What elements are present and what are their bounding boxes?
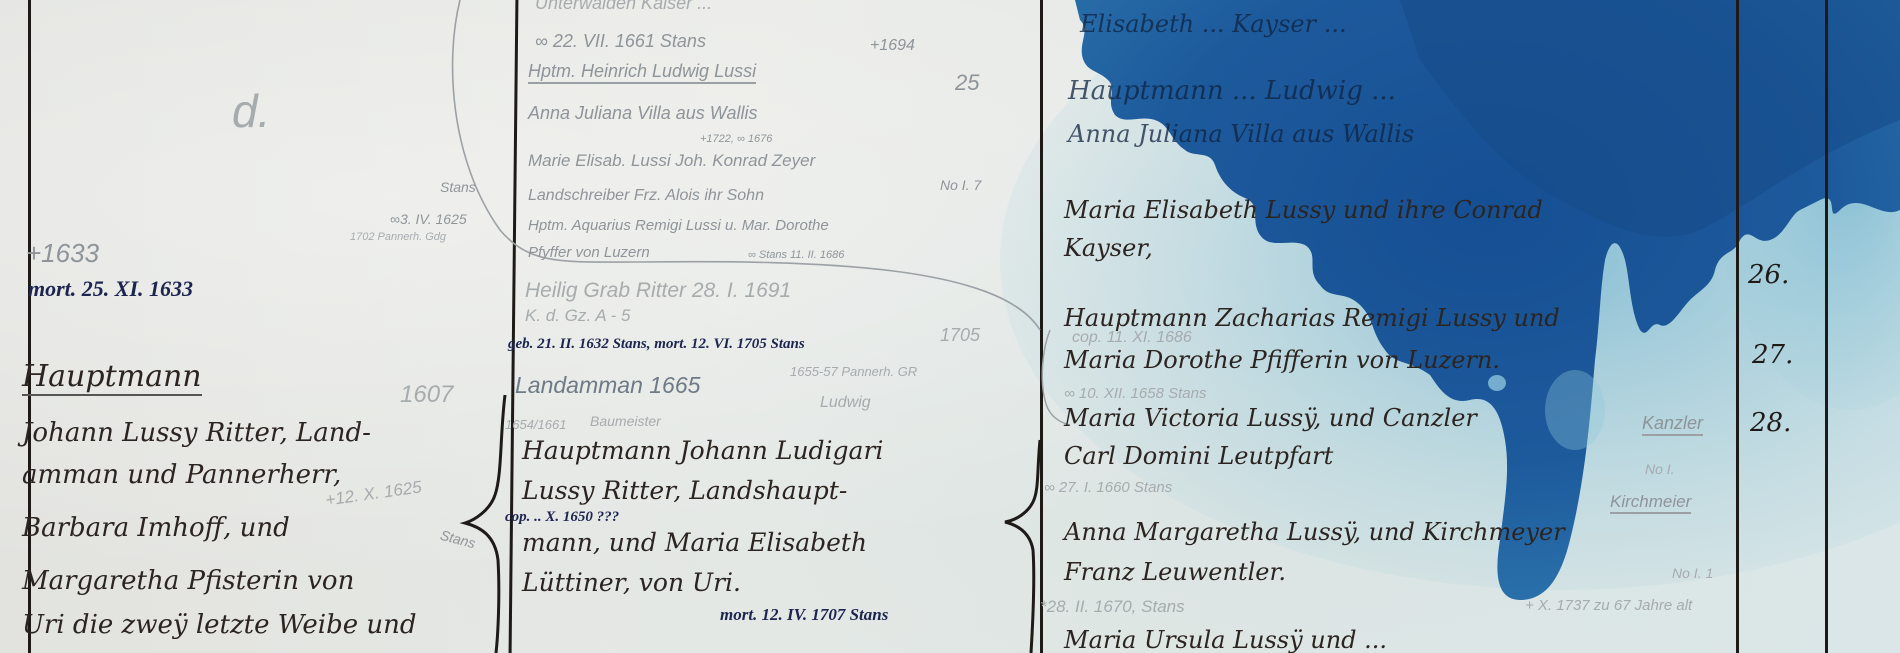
pencil-marriage-place: Stans xyxy=(440,180,476,194)
pencil-marriage-1658: ∞ 10. XII. 1658 Stans xyxy=(1064,386,1206,401)
entry-line: Hauptmann Johann Ludigari xyxy=(522,438,883,463)
entry-line: Maria Ursula Lussÿ und ... xyxy=(1064,628,1387,652)
entry-line-obscured: Hauptmann ... Ludwig ... xyxy=(1068,78,1396,104)
entry-line: Maria Elisabeth Lussy und ihre Conrad xyxy=(1064,198,1543,222)
copulation-date: cop. .. X. 1650 ??? xyxy=(505,510,619,525)
entry-line: Franz Leuwentler. xyxy=(1064,560,1286,584)
pencil-1705: 1705 xyxy=(940,326,980,344)
entry-number-28: 28. xyxy=(1750,410,1791,436)
pencil-reference: K. d. Gz. A - 5 xyxy=(525,307,631,324)
pencil-death-year: +1633 xyxy=(26,240,99,266)
pencil-note: 1702 Pannerh. Gdg xyxy=(350,232,446,243)
pencil-no11: No I. 1 xyxy=(1672,566,1713,580)
pencil-1654: 1654/1661 xyxy=(505,418,566,431)
entry-line: Barbara Imhoff, und xyxy=(22,515,290,541)
brace-col1 xyxy=(450,395,510,653)
column-rule-4 xyxy=(1736,0,1739,653)
pencil-entry: Hptm. Heinrich Ludwig Lussi xyxy=(528,62,756,84)
pencil-baumeister: Baumeister xyxy=(590,414,661,428)
pencil-death-1694: +1694 xyxy=(870,38,915,54)
entry-number-26: 26. xyxy=(1748,262,1789,288)
born-died-dates: geb. 21. II. 1632 Stans, mort. 12. VI. 1… xyxy=(508,337,805,352)
entry-line: amman und Pannerherr, xyxy=(22,462,341,488)
pencil-death-1737: + X. 1737 zu 67 Jahre alt xyxy=(1525,598,1692,613)
bracket-number-25: 25 xyxy=(955,72,979,94)
column-rule-1 xyxy=(28,0,31,653)
pencil-born-1670: *28. II. 1670, Stans xyxy=(1040,598,1185,615)
faded-top-line: Unterwalden Kaiser ... xyxy=(535,0,712,12)
pencil-entry: Marie Elisab. Lussi Joh. Konrad Zeyer xyxy=(528,152,815,169)
pencil-kanzler: Kanzler xyxy=(1642,414,1703,436)
title-hauptmann: Hauptmann xyxy=(22,362,202,396)
entry-line: Kayser, xyxy=(1064,236,1153,260)
pencil-note-1722: +1722, ∞ 1676 xyxy=(700,134,772,145)
pencil-year-1607: 1607 xyxy=(400,383,453,407)
pencil-heilig-grab: Heilig Grab Ritter 28. I. 1691 xyxy=(525,280,791,301)
entry-line: Uri die zweÿ letzte Weibe und xyxy=(22,612,417,638)
pencil-mark: d. xyxy=(232,88,270,134)
entry-line: Margaretha Pfisterin von xyxy=(22,568,354,594)
entry-line-obscured: Elisabeth ... Kayser ... xyxy=(1080,12,1347,36)
pencil-kirchmeier: Kirchmeier xyxy=(1610,493,1691,514)
column-rule-5 xyxy=(1825,0,1828,653)
entry-line: Lussy Ritter, Landshaupt- xyxy=(522,478,847,503)
entry-line: Anna Margaretha Lussÿ, und Kirchmeyer xyxy=(1064,520,1565,544)
pencil-note-1655: 1655-57 Pannerh. GR xyxy=(790,365,917,378)
brace-col2 xyxy=(995,440,1045,653)
pencil-no-17: No I. 7 xyxy=(940,178,981,192)
landamman-1665: Landamman 1665 xyxy=(515,374,700,397)
entry-line: Maria Dorothe Pfifferin von Luzern. xyxy=(1064,348,1500,372)
entry-line-obscured: Anna Juliana Villa aus Wallis xyxy=(1068,122,1414,146)
entry-line: Lüttiner, von Uri. xyxy=(522,570,741,595)
entry-line: Hauptmann Zacharias Remigi Lussy und xyxy=(1064,306,1560,330)
entry-line: Maria Victoria Lussÿ, und Canzler xyxy=(1064,406,1477,430)
pencil-marriage-1661: ∞ 22. VII. 1661 Stans xyxy=(535,32,706,50)
pencil-cop-1686: cop. 11. XI. 1686 xyxy=(1072,330,1192,346)
entry-line: Carl Domini Leutpfart xyxy=(1064,444,1333,468)
pencil-entry: Landschreiber Frz. Alois ihr Sohn xyxy=(528,188,764,204)
pencil-entry: Pfyffer von Luzern xyxy=(528,245,650,260)
death-date: mort. 12. IV. 1707 Stans xyxy=(720,606,888,623)
pencil-entry: Hptm. Aquarius Remigi Lussi u. Mar. Doro… xyxy=(528,218,829,233)
pencil-marriage-1660: ∞ 27. I. 1660 Stans xyxy=(1044,480,1172,495)
pencil-entry: Anna Juliana Villa aus Wallis xyxy=(528,104,757,122)
pencil-marriage-1686: ∞ Stans 11. II. 1686 xyxy=(748,250,844,261)
death-date: mort. 25. XI. 1633 xyxy=(28,278,193,300)
entry-number-27: 27. xyxy=(1752,342,1793,368)
pencil-ludwig: Ludwig xyxy=(820,395,871,411)
entry-line: mann, und Maria Elisabeth xyxy=(522,530,867,555)
pencil-no1: No I. xyxy=(1645,462,1675,476)
entry-line: Johann Lussy Ritter, Land- xyxy=(22,420,371,446)
pencil-marriage-date: ∞3. IV. 1625 xyxy=(390,212,467,226)
